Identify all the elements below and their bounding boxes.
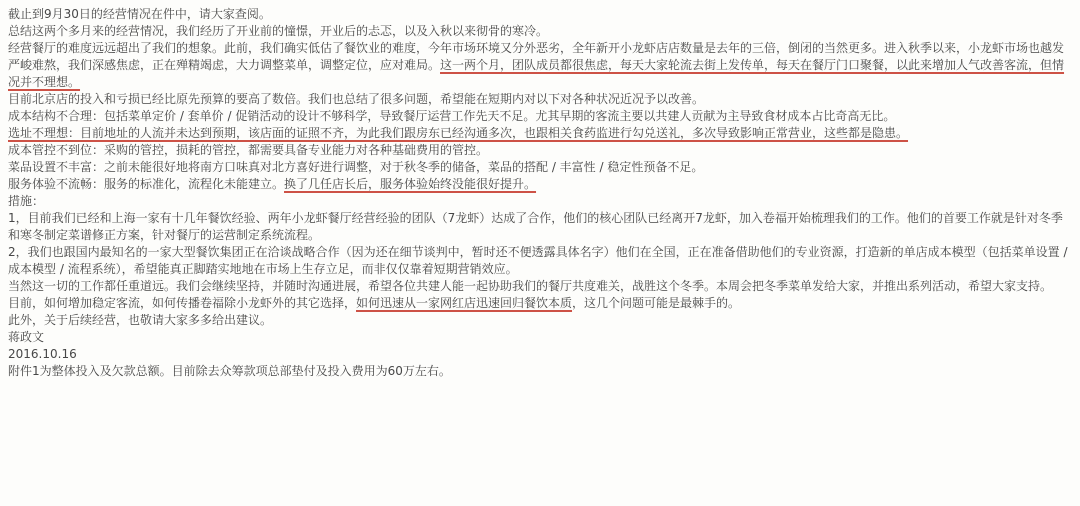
text-segment: 目前北京店的投入和亏损已经比原先预算的要高了数倍。我们也总结了很多问题，希望能在… xyxy=(8,92,704,106)
attachment-note: 附件1为整体投入及欠款总额。目前除去众筹款项总部垫付及投入费用为60万左右。 xyxy=(8,363,1072,380)
problem-menu: 菜品设置不丰富：之前未能很好地将南方口味真对北方喜好进行调整，对于秋冬季的储备，… xyxy=(8,159,1072,176)
challenges-paragraph: 目前，如何增加稳定客流，如何传播卷福除小龙虾外的其它选择，如何迅速从一家网红店迅… xyxy=(8,295,1072,312)
measures-heading: 措施： xyxy=(8,193,1072,210)
signature-block: 蒋政文 2016.10.16 附件1为整体投入及欠款总额。目前除去众筹款项总部垫… xyxy=(8,329,1072,380)
text-segment: 成本管控不到位：采购的管控，损耗的管控，都需要具备专业能力对各种基础费用的管控。 xyxy=(8,143,488,157)
red-underlined-text: 选址不理想：目前地址的人流并未达到预期，该店面的证照不齐，为此我们跟房东已经沟通… xyxy=(8,126,908,140)
problem-cost-control: 成本管控不到位：采购的管控，损耗的管控，都需要具备专业能力对各种基础费用的管控。 xyxy=(8,142,1072,159)
text-segment: ，这几个问题可能是最棘手的。 xyxy=(572,296,740,310)
difficulty-paragraph: 经营餐厅的难度远远超出了我们的想象。此前，我们确实低估了餐饮业的难度，今年市场环… xyxy=(8,40,1072,91)
red-underlined-text: 如何迅速从一家网红店迅速回归餐饮本质 xyxy=(356,296,572,310)
text-segment: 服务体验不流畅：服务的标准化，流程化未能建立。 xyxy=(8,177,284,191)
signature-name: 蒋政文 xyxy=(8,329,1072,346)
loss-paragraph: 目前北京店的投入和亏损已经比原先预算的要高了数倍。我们也总结了很多问题，希望能在… xyxy=(8,91,1072,108)
text-segment: 成本结构不合理：包括菜单定价 / 套单价 / 促销活动的设计不够科学，导致餐厅运… xyxy=(8,109,895,123)
text-segment: 2，我们也跟国内最知名的一家大型餐饮集团正在洽谈战略合作（因为还在细节谈判中，暂… xyxy=(8,245,1068,276)
problem-location: 选址不理想：目前地址的人流并未达到预期，该店面的证照不齐，为此我们跟房东已经沟通… xyxy=(8,125,1072,142)
problem-cost-structure: 成本结构不合理：包括菜单定价 / 套单价 / 促销活动的设计不够科学，导致餐厅运… xyxy=(8,108,1072,125)
text-segment: 目前，如何增加稳定客流，如何传播卷福除小龙虾外的其它选择， xyxy=(8,296,356,310)
text-segment: 此外，关于后续经营，也敬请大家多多给出建议。 xyxy=(8,313,272,327)
text-segment: 1，目前我们已经和上海一家有十几年餐饮经验、两年小龙虾餐厅经营经验的团队（7龙虾… xyxy=(8,211,1063,242)
letter-body: 截止到9月30日的经营情况在件中，请大家查阅。总结这两个多月来的经营情况，我们经… xyxy=(8,6,1072,329)
summary-line: 总结这两个多月来的经营情况，我们经历了开业前的憧憬，开业后的忐忑，以及入秋以来彻… xyxy=(8,23,1072,40)
persistence-paragraph: 当然这一切的工作都任重道远。我们会继续坚持，并随时沟通进展，希望各位共建人能一起… xyxy=(8,278,1072,295)
problem-service: 服务体验不流畅：服务的标准化，流程化未能建立。换了几任店长后，服务体验始终没能很… xyxy=(8,176,1072,193)
text-segment: 措施： xyxy=(8,194,44,208)
opening-line: 截止到9月30日的经营情况在件中，请大家查阅。 xyxy=(8,6,1072,23)
measure-1: 1，目前我们已经和上海一家有十几年餐饮经验、两年小龙虾餐厅经营经验的团队（7龙虾… xyxy=(8,210,1072,244)
red-underlined-text: 换了几任店长后，服务体验始终没能很好提升。 xyxy=(284,177,536,191)
measure-2: 2，我们也跟国内最知名的一家大型餐饮集团正在洽谈战略合作（因为还在细节谈判中，暂… xyxy=(8,244,1072,278)
text-segment: 菜品设置不丰富：之前未能很好地将南方口味真对北方喜好进行调整，对于秋冬季的储备，… xyxy=(8,160,703,174)
text-segment: 总结这两个多月来的经营情况，我们经历了开业前的憧憬，开业后的忐忑，以及入秋以来彻… xyxy=(8,24,548,38)
text-segment: 当然这一切的工作都任重道远。我们会继续坚持，并随时沟通进展，希望各位共建人能一起… xyxy=(8,279,1052,293)
letter-document: 截止到9月30日的经营情况在件中，请大家查阅。总结这两个多月来的经营情况，我们经… xyxy=(0,0,1080,380)
signature-date: 2016.10.16 xyxy=(8,346,1072,363)
text-segment: 截止到9月30日的经营情况在件中，请大家查阅。 xyxy=(8,7,271,21)
closing-request: 此外，关于后续经营，也敬请大家多多给出建议。 xyxy=(8,312,1072,329)
